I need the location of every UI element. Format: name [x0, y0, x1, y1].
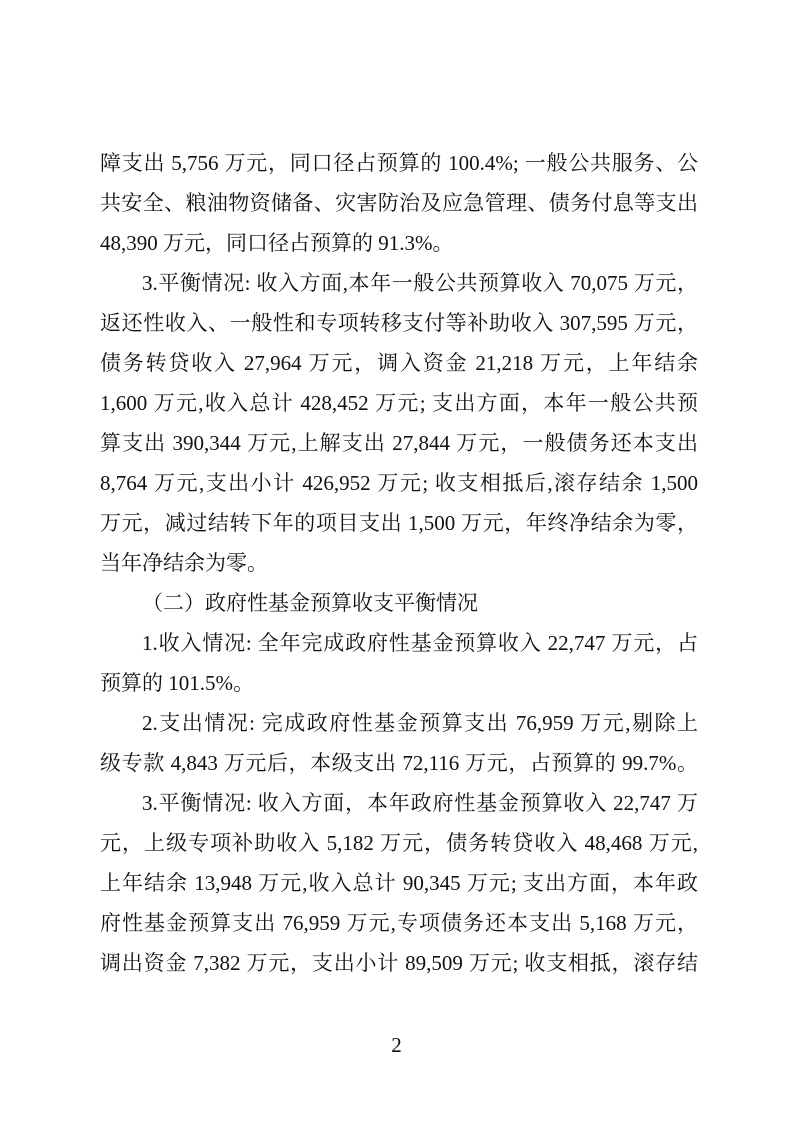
text-line: 障支出 5,756 万元，同口径占预算的 100.4%; 一般公共服务、公	[100, 143, 698, 183]
text-line: 调出资金 7,382 万元，支出小计 89,509 万元; 收支相抵，滚存结	[100, 943, 698, 983]
text-line: 共安全、粮油物资储备、灾害防治及应急管理、债务付息等支出	[100, 183, 698, 223]
text-line: 级专款 4,843 万元后，本级支出 72,116 万元，占预算的 99.7%。	[100, 743, 698, 783]
section-heading-line: （二）政府性基金预算收支平衡情况	[100, 583, 698, 623]
text-line: 3.平衡情况: 收入方面,本年一般公共预算收入 70,075 万元，	[100, 263, 698, 303]
text-line: 万元，减过结转下年的项目支出 1,500 万元，年终净结余为零，	[100, 503, 698, 543]
page-number: 2	[391, 1033, 402, 1057]
page-footer: 2	[0, 1033, 793, 1057]
text-line: 3.平衡情况: 收入方面，本年政府性基金预算收入 22,747 万	[100, 783, 698, 823]
text-line: 1,600 万元,收入总计 428,452 万元; 支出方面，本年一般公共预	[100, 383, 698, 423]
text-line: 债务转贷收入 27,964 万元，调入资金 21,218 万元，上年结余	[100, 343, 698, 383]
text-line: 预算的 101.5%。	[100, 663, 698, 703]
text-line: 元，上级专项补助收入 5,182 万元，债务转贷收入 48,468 万元,	[100, 823, 698, 863]
text-line: 算支出 390,344 万元,上解支出 27,844 万元，一般债务还本支出	[100, 423, 698, 463]
text-line: 1.收入情况: 全年完成政府性基金预算收入 22,747 万元，占	[100, 623, 698, 663]
text-line: 返还性收入、一般性和专项转移支付等补助收入 307,595 万元，	[100, 303, 698, 343]
text-line: 2.支出情况: 完成政府性基金预算支出 76,959 万元,剔除上	[100, 703, 698, 743]
text-line: 府性基金预算支出 76,959 万元,专项债务还本支出 5,168 万元，	[100, 903, 698, 943]
text-line: 8,764 万元,支出小计 426,952 万元; 收支相抵后,滚存结余 1,5…	[100, 463, 698, 503]
document-page: 障支出 5,756 万元，同口径占预算的 100.4%; 一般公共服务、公共安全…	[0, 0, 793, 1122]
text-line: 当年净结余为零。	[100, 543, 698, 583]
page-body: 障支出 5,756 万元，同口径占预算的 100.4%; 一般公共服务、公共安全…	[100, 143, 698, 983]
text-line: 48,390 万元，同口径占预算的 91.3%。	[100, 223, 698, 263]
text-line: 上年结余 13,948 万元,收入总计 90,345 万元; 支出方面，本年政	[100, 863, 698, 903]
